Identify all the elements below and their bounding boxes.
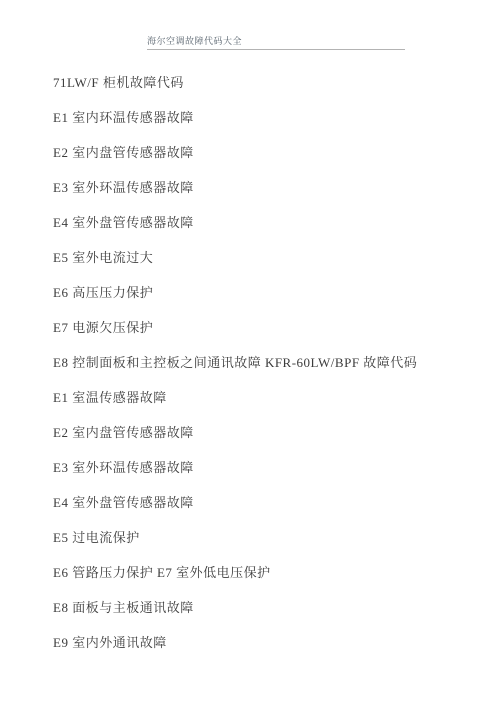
document-line: E4 室外盘管传感器故障 [53, 485, 480, 520]
document-page: 海尔空调故障代码大全 71LW/F 柜机故障代码 E1 室内环温传感器故障 E2… [0, 0, 500, 707]
document-line: E5 室外电流过大 [53, 240, 480, 275]
document-line: E1 室内环温传感器故障 [53, 100, 480, 135]
document-body: 71LW/F 柜机故障代码 E1 室内环温传感器故障 E2 室内盘管传感器故障 … [53, 65, 480, 660]
document-line: E2 室内盘管传感器故障 [53, 415, 480, 450]
page-header-title: 海尔空调故障代码大全 [147, 36, 405, 47]
document-line: E8 面板与主板通讯故障 [53, 590, 480, 625]
document-line: E7 电源欠压保护 [53, 310, 480, 345]
document-line: E3 室外环温传感器故障 [53, 170, 480, 205]
document-line: E6 高压压力保护 [53, 275, 480, 310]
document-line: 71LW/F 柜机故障代码 [53, 65, 480, 100]
document-line: E9 室内外通讯故障 [53, 625, 480, 660]
document-line: E2 室内盘管传感器故障 [53, 135, 480, 170]
page-header: 海尔空调故障代码大全 [147, 36, 405, 50]
document-line: E6 管路压力保护 E7 室外低电压保护 [53, 555, 480, 590]
document-line: E8 控制面板和主控板之间通讯故障 KFR-60LW/BPF 故障代码 [53, 345, 480, 380]
document-line: E4 室外盘管传感器故障 [53, 205, 480, 240]
document-line: E3 室外环温传感器故障 [53, 450, 480, 485]
document-line: E5 过电流保护 [53, 520, 480, 555]
document-line: E1 室温传感器故障 [53, 380, 480, 415]
